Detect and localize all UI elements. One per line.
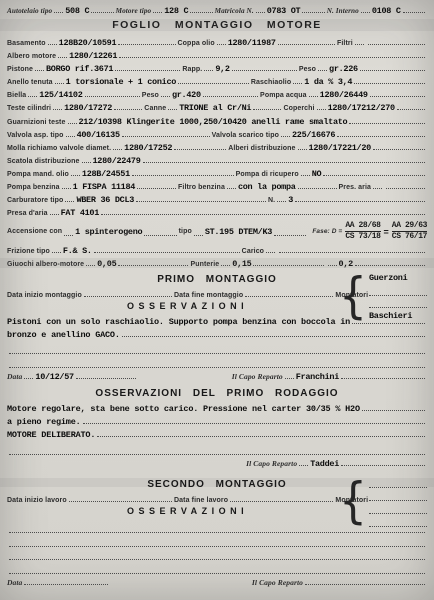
signature-row: Data Il Capo Reparto	[7, 576, 427, 590]
field-label: Pistone	[7, 66, 33, 73]
dotted-leader	[386, 180, 425, 189]
field-label: Scatola distribuzione	[7, 158, 80, 165]
dotted-leader	[368, 36, 425, 45]
field-value: 1 torsionale + 1 conico	[66, 77, 176, 87]
montatore-name	[369, 285, 427, 296]
field-label: Punterie	[190, 261, 219, 268]
dotted-leader	[256, 4, 265, 13]
dotted-leader	[71, 167, 80, 176]
primo-montaggio-section: PRIMO MONTAGGIO Data inizio montaggio Da…	[7, 274, 427, 384]
typed-line: a pieno regime.	[7, 415, 427, 428]
field-value: WBER 36 DCL3	[76, 195, 134, 205]
dotted-leader	[28, 88, 37, 97]
field-value: 1 spinterogeno	[75, 227, 142, 237]
dotted-leader	[55, 75, 64, 84]
field-value: 128B20/10591	[59, 38, 117, 48]
field-label: Basamento	[7, 40, 46, 47]
dotted-leader	[355, 257, 425, 266]
typed-line: Motore regolare, sta bene sotto carico. …	[7, 402, 427, 415]
dotted-leader	[65, 193, 74, 202]
field-value: TRIONE al Cr/Ni	[179, 103, 251, 113]
form-row: Valvola asp. tipo400/16135Valvola scaric…	[7, 128, 427, 141]
osservazioni-title: OSSERVAZIONI	[7, 506, 368, 520]
dotted-leader	[143, 154, 425, 163]
field-label: Carburatore tipo	[7, 197, 63, 204]
dotted-leader	[137, 180, 176, 189]
field-label: Fase: D =	[312, 228, 342, 235]
dotted-leader	[354, 75, 425, 84]
field-value: 0108 C	[372, 6, 401, 16]
field-label: Alberi distribuzione	[228, 145, 295, 152]
fraction: AA 29/63CS 76/17	[392, 222, 427, 241]
dotted-leader	[168, 101, 177, 110]
field-value: F.& S.	[63, 246, 92, 256]
dotted-leader	[253, 257, 323, 266]
timing-formula: Fase: D =AA 28/68CS 73/18=AA 29/63CS 76/…	[312, 222, 427, 241]
montatore-name	[369, 297, 427, 308]
capo-reparto-label: Il Capo Reparto	[246, 459, 297, 468]
fraction-top: AA 29/63	[392, 222, 427, 232]
field-value: 1280/17221/20	[309, 143, 371, 153]
typed-line: MOTORE DELIBERATO.	[7, 428, 427, 441]
dotted-leader	[302, 4, 324, 13]
form-row: Carburatore tipoWBER 36 DCL3N.3	[7, 193, 427, 206]
form-row: Guarnizioni teste212/10398 Klingerite 10…	[7, 115, 427, 128]
fraction: AA 28/68CS 73/18	[345, 222, 380, 241]
blank-dotted-line	[9, 547, 425, 561]
field-value: 0,05	[97, 259, 116, 269]
data-label: Data	[7, 372, 22, 381]
field-value: NO	[312, 169, 322, 179]
dotted-leader	[279, 244, 425, 253]
field-value: ST.195 DTEM/K3	[205, 227, 272, 237]
dotted-leader	[266, 244, 275, 253]
form-row: Frizione tipoF.& S.Carico	[7, 244, 427, 257]
dotted-leader	[101, 206, 425, 215]
dotted-leader	[305, 576, 425, 585]
dotted-leader	[35, 62, 44, 71]
dotted-leader	[24, 370, 33, 379]
field-value: 128 C	[164, 6, 188, 16]
field-value: 0783 OT	[267, 6, 301, 16]
form-row: Accensione con1 spinterogenotipoST.195 D…	[7, 219, 427, 244]
dotted-leader	[64, 227, 73, 236]
dotted-leader	[341, 370, 425, 379]
dotted-leader	[217, 36, 226, 45]
dotted-leader	[318, 62, 327, 71]
brace-glyph: {	[339, 474, 367, 530]
dotted-leader	[122, 128, 210, 137]
field-value: 1280/17212/270	[328, 103, 395, 113]
secondo-dates: Data inizio lavoro Data fine lavoro Mont…	[7, 493, 368, 520]
dotted-leader	[190, 4, 212, 13]
dotted-leader	[298, 180, 337, 189]
dotted-leader	[295, 193, 425, 202]
field-value: 212/10398 Klingerite 1000,250/10420 anel…	[79, 117, 348, 127]
field-value: 9,2	[215, 64, 229, 74]
field-label: Anello tenuta	[7, 79, 53, 86]
field-label: N.	[268, 197, 275, 204]
capo-reparto-label: Il Capo Reparto	[232, 372, 283, 381]
field-label: Presa d'aria	[7, 210, 48, 217]
data-label: Data	[7, 578, 22, 587]
dotted-leader	[227, 180, 236, 189]
field-label: Motore tipo	[116, 7, 152, 15]
capo-reparto-value: Franchini	[296, 372, 339, 382]
field-label: Guarnizioni teste	[7, 119, 66, 126]
typed-text: Pistoni con un solo raschiaolio. Support…	[7, 317, 350, 327]
form-row: Albero motore1280/12261	[7, 49, 427, 62]
field-label: Pompa acqua	[260, 92, 307, 99]
montatori-names: GuerzoniBaschieri	[369, 272, 427, 322]
dotted-leader	[24, 576, 108, 585]
typed-text: bronzo e anellino GACO.	[7, 330, 120, 340]
dotted-leader	[114, 101, 142, 110]
form-title: FOGLIO MONTAGGIO MOTORE	[7, 19, 427, 36]
rodaggio-section: OSSERVAZIONI DEL PRIMO RODAGGIO Motore r…	[7, 388, 427, 471]
montatore-text: Guerzoni	[369, 273, 407, 283]
dotted-leader	[301, 167, 310, 176]
field-value: gr.420	[172, 90, 201, 100]
field-label: Teste cilindri	[7, 105, 51, 112]
dotted-leader	[68, 115, 77, 124]
field-value: con la pompa	[238, 182, 296, 192]
data-fine-label: Data fine montaggio	[174, 292, 243, 299]
montatori-names	[369, 477, 427, 527]
blank-dotted-line	[9, 533, 425, 547]
form-row: Biella125/14102Pesogr.420Pompa acqua1280…	[7, 88, 427, 101]
field-label: tipo	[179, 228, 192, 235]
capo-reparto-value: Taddei	[310, 459, 339, 469]
field-value: 0,15	[232, 259, 251, 269]
field-value: 125/14102	[39, 90, 82, 100]
dotted-leader	[83, 415, 425, 424]
dotted-leader	[97, 428, 425, 437]
dotted-leader	[113, 141, 122, 150]
dotted-leader	[317, 101, 326, 110]
dotted-leader	[91, 4, 113, 13]
rodaggio-block: Motore regolare, sta bene sotto carico. …	[7, 402, 427, 441]
dotted-leader	[277, 193, 286, 202]
dotted-leader	[48, 36, 57, 45]
field-label: Accensione con	[7, 228, 62, 235]
dotted-leader	[403, 4, 425, 13]
dotted-leader	[362, 402, 425, 411]
dotted-leader	[84, 288, 172, 297]
form-row: Basamento128B20/10591Coppa olio1280/1198…	[7, 36, 427, 49]
field-label: Raschiaolio	[251, 79, 291, 86]
dotted-leader	[132, 167, 234, 176]
field-label: Pres. aria	[339, 184, 372, 191]
dotted-leader	[245, 288, 333, 297]
dotted-leader	[144, 227, 176, 236]
osservazioni-title: OSSERVAZIONI	[7, 301, 368, 315]
field-value: 1 FISPA 11184	[73, 182, 135, 192]
dotted-leader	[86, 257, 95, 266]
dotted-leader	[194, 227, 203, 236]
date-row: Data inizio lavoro Data fine lavoro Mont…	[7, 493, 368, 506]
dotted-leader	[232, 62, 297, 71]
field-label: Matricola N.	[215, 7, 254, 15]
dotted-leader	[274, 227, 306, 236]
field-value: 3	[288, 195, 293, 205]
form-row: PistoneBORGO rif.3671Rapp.9,2Pesogr.226	[7, 62, 427, 75]
typed-text: a pieno regime.	[7, 417, 81, 427]
dotted-leader	[253, 101, 281, 110]
field-label: Autotelaio tipo	[7, 7, 52, 15]
section-title-rodaggio: OSSERVAZIONI DEL PRIMO RODAGGIO	[7, 388, 427, 402]
field-value: 508 C	[65, 6, 89, 16]
form-row: Molla richiamo valvole diamet.1280/17252…	[7, 141, 427, 154]
dotted-leader	[66, 128, 75, 137]
spec-table: Basamento128B20/10591Coppa olio1280/1198…	[7, 36, 427, 271]
field-value: 1280/12261	[69, 51, 117, 61]
dotted-leader	[293, 75, 302, 84]
dotted-leader	[136, 193, 266, 202]
form-row: Pompa benzina1 FISPA 11184Filtro benzina…	[7, 180, 427, 193]
scanned-form: Autotelaio tipo508 CMotore tipo128 CMatr…	[0, 0, 434, 600]
blank-dotted-line	[9, 560, 425, 574]
fraction-top: AA 28/68	[345, 222, 380, 232]
form-row: Scatola distribuzione1280/22479	[7, 154, 427, 167]
field-value: 1280/11987	[228, 38, 276, 48]
montatore-name	[369, 477, 427, 488]
field-label: Peso	[142, 92, 159, 99]
equals-sign: =	[384, 227, 389, 237]
dotted-leader	[54, 4, 63, 13]
field-label: Albero motore	[7, 53, 56, 60]
signature-row: Il Capo Reparto Taddei	[7, 457, 427, 471]
dotted-leader	[76, 370, 136, 379]
dotted-leader	[53, 101, 62, 110]
dotted-leader	[122, 328, 425, 337]
dotted-leader	[370, 88, 425, 97]
montatore-name	[369, 516, 427, 527]
dotted-leader	[52, 244, 61, 253]
brace-glyph: {	[339, 269, 367, 325]
secondo-montaggio-section: SECONDO MONTAGGIO Data inizio lavoro Dat…	[7, 479, 427, 590]
form-row: Teste cilindri1280/17272CanneTRIONE al C…	[7, 101, 427, 114]
field-label: Pompa benzina	[7, 184, 60, 191]
field-value: 400/16135	[77, 130, 120, 140]
dotted-leader	[115, 62, 180, 71]
dotted-leader	[118, 36, 175, 45]
form-row: Anello tenuta1 torsionale + 1 conicoRasc…	[7, 75, 427, 88]
field-label: Pompa mand. olio	[7, 171, 69, 178]
dotted-leader	[361, 4, 370, 13]
field-value: FAT 4101	[61, 208, 99, 218]
field-value: 1280/17252	[124, 143, 172, 153]
field-value: BORGO rif.3671	[46, 64, 113, 74]
montatori-list: { GuerzoniBaschieri	[339, 272, 427, 322]
form-row: Presa d'ariaFAT 4101	[7, 206, 427, 219]
dotted-leader	[161, 88, 170, 97]
dotted-leader	[349, 115, 425, 124]
fraction-bottom: CS 76/17	[392, 232, 427, 241]
dotted-leader	[62, 180, 71, 189]
field-label: Valvola scarico tipo	[212, 132, 279, 139]
dotted-leader	[69, 493, 172, 502]
blank-dotted-line	[9, 441, 425, 455]
field-label: Valvola asp. tipo	[7, 132, 64, 139]
dotted-leader	[204, 62, 213, 71]
field-label: Carico	[242, 248, 264, 255]
capo-reparto-label: Il Capo Reparto	[252, 578, 303, 587]
form-row: Pompa mand. olio128B/24551Pompa di ricup…	[7, 167, 427, 180]
dotted-leader	[341, 457, 425, 466]
dotted-leader	[153, 4, 162, 13]
dotted-leader	[203, 88, 258, 97]
data-fine-label: Data fine lavoro	[174, 497, 228, 504]
primo-dates: Data inizio montaggio Data fine montaggi…	[7, 288, 368, 315]
field-value: 1280/17272	[64, 103, 112, 113]
field-label: Rapp.	[182, 66, 202, 73]
data-inizio-label: Data inizio lavoro	[7, 497, 67, 504]
dotted-leader	[373, 141, 425, 150]
field-value: 128B/24551	[82, 169, 130, 179]
dotted-leader	[337, 128, 425, 137]
dotted-leader	[373, 180, 382, 189]
field-label: Filtri	[337, 40, 353, 47]
montatore-name: Guerzoni	[369, 272, 427, 284]
blank-dotted-line	[9, 354, 425, 368]
montatore-name	[369, 490, 427, 501]
field-label: Coppa olio	[178, 40, 215, 47]
field-label: Canne	[144, 105, 166, 112]
typed-line: bronzo e anellino GACO.	[7, 328, 427, 341]
dotted-leader	[309, 88, 318, 97]
typed-text: MOTORE DELIBERATO.	[7, 430, 95, 440]
field-label: Frizione tipo	[7, 248, 50, 255]
dotted-leader	[221, 257, 230, 266]
dotted-leader	[360, 62, 425, 71]
field-label: Biella	[7, 92, 26, 99]
field-label: Pompa di ricupero	[236, 171, 299, 178]
field-value: 1280/22479	[93, 156, 141, 166]
field-label: N. Interno	[327, 7, 359, 15]
date-row: Data inizio montaggio Data fine montaggi…	[7, 288, 368, 301]
dotted-leader	[50, 206, 59, 215]
dotted-leader	[323, 167, 425, 176]
field-value: gr.226	[329, 64, 358, 74]
field-value: 1 da % 3,4	[304, 77, 352, 87]
data-value: 10/12/57	[35, 372, 73, 382]
dotted-leader	[94, 244, 240, 253]
dotted-leader	[119, 49, 425, 58]
field-label: Coperchi	[283, 105, 314, 112]
dotted-leader	[299, 457, 308, 466]
dotted-leader	[298, 141, 307, 150]
dotted-leader	[278, 36, 335, 45]
fraction-bottom: CS 73/18	[345, 232, 380, 241]
field-value: 225/16676	[292, 130, 335, 140]
dotted-leader	[355, 36, 364, 45]
dotted-leader	[397, 101, 425, 110]
dotted-leader	[174, 141, 226, 150]
dotted-leader	[230, 493, 333, 502]
blank-dotted-line	[9, 341, 425, 355]
field-value: 1280/26449	[320, 90, 368, 100]
signature-row: Data 10/12/57 Il Capo Reparto Franchini	[7, 370, 427, 384]
typed-text: Motore regolare, sta bene sotto carico. …	[7, 404, 360, 414]
dotted-leader	[118, 257, 188, 266]
montatore-name: Baschieri	[369, 310, 427, 322]
montatore-text: Baschieri	[369, 311, 412, 321]
dotted-leader	[328, 257, 337, 266]
dotted-leader	[58, 49, 67, 58]
dotted-leader	[281, 128, 290, 137]
montatore-name	[369, 503, 427, 514]
field-label: Filtro benzina	[178, 184, 225, 191]
field-label: Peso	[299, 66, 316, 73]
data-inizio-label: Data inizio montaggio	[7, 292, 82, 299]
field-label: Molla richiamo valvole diamet.	[7, 145, 111, 152]
montatori-list: {	[339, 477, 427, 527]
dotted-leader	[178, 75, 249, 84]
dotted-leader	[85, 88, 140, 97]
header-row: Autotelaio tipo508 CMotore tipo128 CMatr…	[7, 4, 427, 18]
dotted-leader	[82, 154, 91, 163]
dotted-leader	[285, 370, 294, 379]
field-label: Giuochi albero-motore	[7, 261, 84, 268]
